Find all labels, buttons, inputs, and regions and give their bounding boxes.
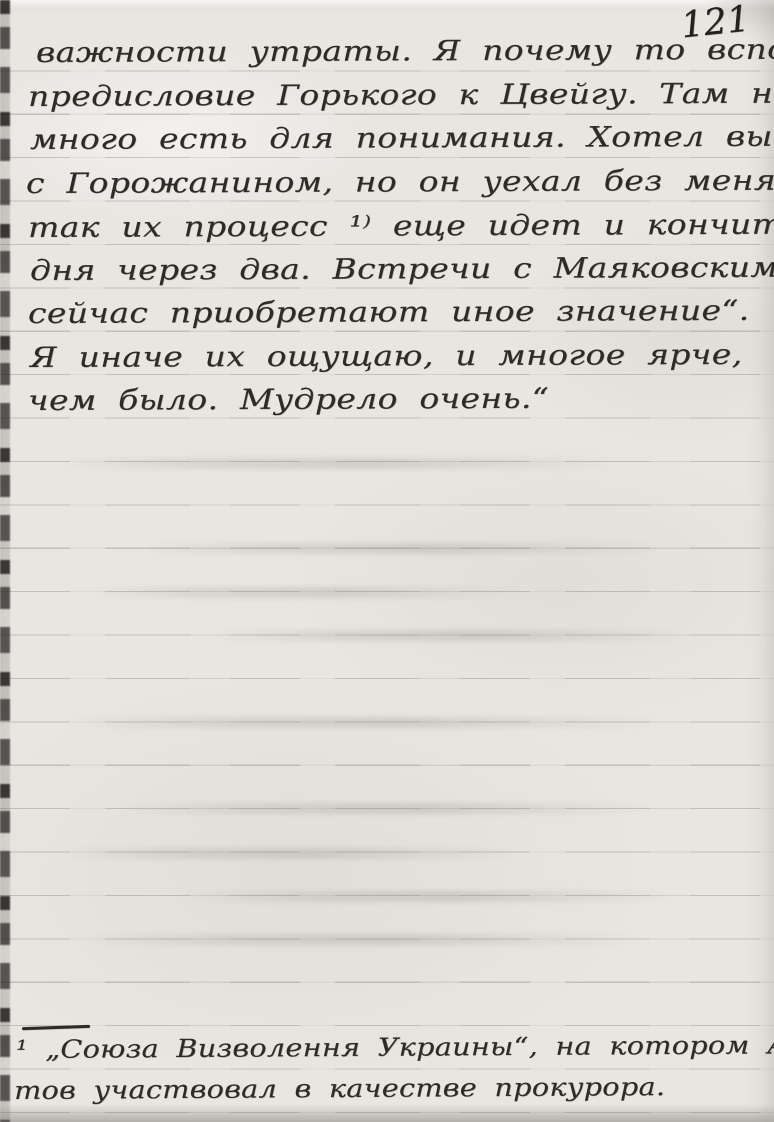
footnote-line: тов участвовал в качестве прокурора. xyxy=(14,1072,665,1105)
handwritten-line: чем было. Мудрело очень.“ xyxy=(28,382,549,417)
handwritten-line: Я иначе их ощущаю, и многое ярче, xyxy=(30,338,743,374)
bleedthrough-smudge xyxy=(140,543,660,554)
handwritten-line: много есть для понимания. Хотел выехать xyxy=(30,119,774,156)
scan-edge-bottom xyxy=(0,1104,774,1122)
footnote-line: ¹ „Союза Визволення Украины“, на котором… xyxy=(16,1030,774,1064)
bleedthrough-smudge xyxy=(90,587,520,598)
handwritten-line: с Горожанином, но он уехал без меня, xyxy=(26,164,774,200)
handwritten-line: сейчас приобретают иное значение“. xyxy=(28,294,750,330)
manuscript-page: 121 важности утраты. Я почему то вспомни… xyxy=(0,0,774,1122)
scan-edge-left xyxy=(0,0,10,1122)
handwritten-line: предисловие Горького к Цвейгу. Там не- xyxy=(28,77,774,113)
handwritten-line: дня через два. Встречи с Маяковским xyxy=(30,251,774,287)
bleedthrough-smudge xyxy=(210,630,690,641)
bleedthrough-smudge xyxy=(60,848,520,859)
bleedthrough-smudge xyxy=(60,458,620,469)
bleedthrough-smudge xyxy=(180,891,680,902)
scan-edge-top xyxy=(0,0,774,9)
handwritten-line: так их процесс ¹⁾ еще идет и кончится то… xyxy=(28,207,774,244)
bleedthrough-smudge xyxy=(80,934,640,945)
bleedthrough-smudge xyxy=(120,803,660,814)
bleedthrough-smudge xyxy=(70,717,670,728)
handwritten-line: важности утраты. Я почему то вспомнил xyxy=(36,32,774,69)
